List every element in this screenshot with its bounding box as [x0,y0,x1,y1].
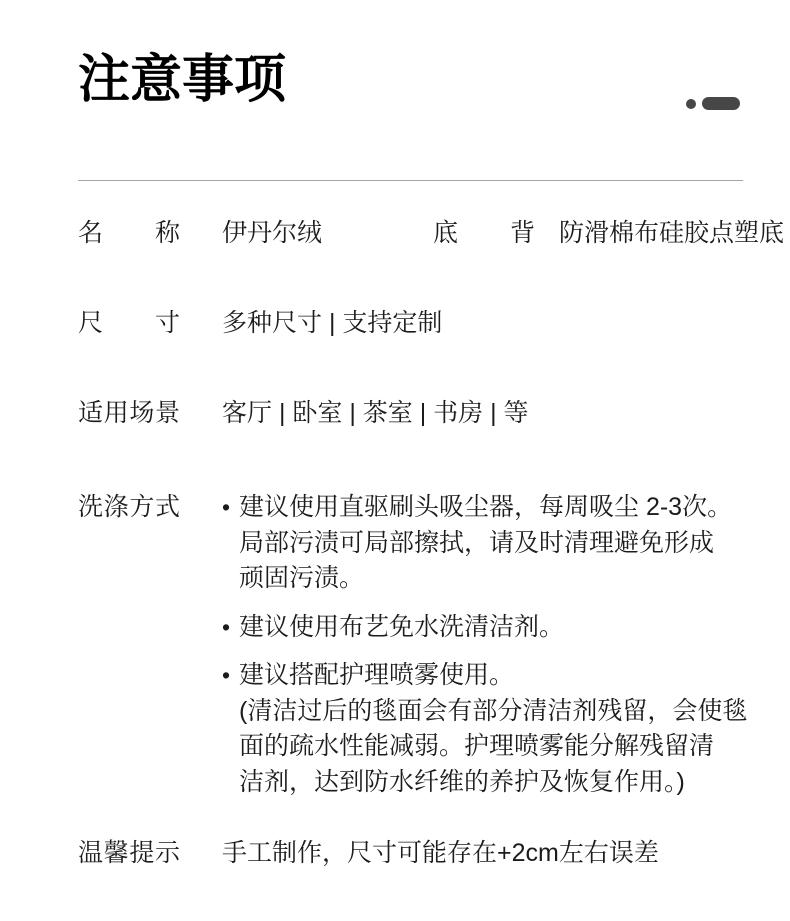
backing-label: 底背 [433,216,535,250]
washing-bullet-2: • 建议使用布艺免水洗清洁剂。 [222,610,747,646]
divider [78,180,743,181]
tips-value: 手工制作，尺寸可能存在+2cm左右误差 [222,836,659,870]
bullet-line: 建议搭配护理喷雾使用。 [239,658,747,694]
scenes-label: 适用场景 [78,396,180,430]
size-value: 多种尺寸 | 支持定制 [222,306,442,340]
care-notes-page: 注意事项 名称 伊丹尔绒 底背 防滑棉布硅胶点塑底 尺寸 多种尺寸 | 支持定制… [0,0,790,921]
bullet-icon: • [222,490,239,526]
size-label: 尺寸 [78,306,180,340]
washing-bullet-3-text: 建议搭配护理喷雾使用。 (清洁过后的毯面会有部分清洁剂残留，会使毯 面的疏水性能… [239,658,747,800]
bullet-line: (清洁过后的毯面会有部分清洁剂残留，会使毯 [239,694,747,730]
washing-bullet-list: • 建议使用直驱刷头吸尘器，每周吸尘 2-3次。 局部污渍可局部擦拭，请及时清理… [222,490,747,800]
bullet-line: 建议使用布艺免水洗清洁剂。 [239,610,564,646]
title-decoration [686,97,740,110]
washing-bullet-2-text: 建议使用布艺免水洗清洁剂。 [239,610,564,646]
page-title: 注意事项 [78,52,786,109]
rounded-bar-icon [702,97,740,110]
bullet-line: 顽固污渍。 [239,561,732,597]
bullet-line: 建议使用直驱刷头吸尘器，每周吸尘 2-3次。 [239,490,732,526]
spec-row-scenes: 适用场景 客厅 | 卧室 | 茶室 | 书房 | 等 [78,396,786,430]
dot-icon [686,99,696,109]
bullet-line: 局部污渍可局部擦拭，请及时清理避免形成 [239,526,732,562]
bullet-line: 面的疏水性能减弱。护理喷雾能分解残留清 [239,729,747,765]
name-value: 伊丹尔绒 [222,216,433,250]
washing-bullet-1-text: 建议使用直驱刷头吸尘器，每周吸尘 2-3次。 局部污渍可局部擦拭，请及时清理避免… [239,490,732,597]
bullet-line: 洁剂，达到防水纤维的养护及恢复作用。) [239,765,747,801]
washing-bullet-3: • 建议搭配护理喷雾使用。 (清洁过后的毯面会有部分清洁剂残留，会使毯 面的疏水… [222,658,747,800]
scenes-value: 客厅 | 卧室 | 茶室 | 书房 | 等 [222,396,529,430]
bullet-icon: • [222,658,239,694]
backing-value: 防滑棉布硅胶点塑底 [559,216,784,250]
spec-row-size: 尺寸 多种尺寸 | 支持定制 [78,306,786,340]
bullet-icon: • [222,610,239,646]
name-label: 名称 [78,216,180,250]
spec-row-washing: 洗涤方式 • 建议使用直驱刷头吸尘器，每周吸尘 2-3次。 局部污渍可局部擦拭，… [78,490,786,800]
tips-label: 温馨提示 [78,836,180,870]
spec-row-tips: 温馨提示 手工制作，尺寸可能存在+2cm左右误差 [78,836,786,870]
spec-row-name: 名称 伊丹尔绒 底背 防滑棉布硅胶点塑底 [78,216,786,250]
washing-label: 洗涤方式 [78,490,180,526]
washing-bullet-1: • 建议使用直驱刷头吸尘器，每周吸尘 2-3次。 局部污渍可局部擦拭，请及时清理… [222,490,747,597]
